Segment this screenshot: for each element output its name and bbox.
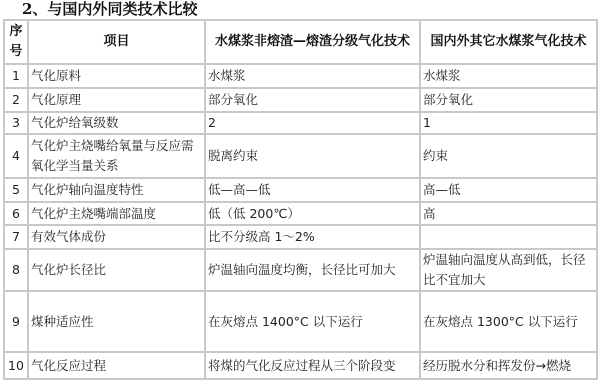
row-number: 5 [4,178,28,202]
row-col-b: 高 [420,202,597,225]
header-col-b: 国内外其它水煤浆气化技术 [420,20,597,64]
row-col-b: 约束 [420,134,597,178]
table-row: 4 气化炉主烧嘴给氧量与反应需氧化学当量关系 脱离约束 约束 [4,134,597,178]
row-number: 10 [4,352,28,379]
row-col-b [420,225,597,249]
header-item: 项目 [28,20,205,64]
table-row: 3 气化炉给氧级数 2 1 [4,112,597,134]
row-item: 气化炉主烧嘴端部温度 [28,202,205,225]
row-col-a: 低—高—低 [205,178,420,202]
table-row: 6 气化炉主烧嘴端部温度 低（低 200℃） 高 [4,202,597,225]
header-seq: 序号 [4,20,28,64]
row-number: 9 [4,291,28,352]
row-item: 有效气体成份 [28,225,205,249]
row-col-b: 水煤浆 [420,64,597,88]
row-col-a: 在灰熔点 1400°C 以下运行 [205,291,420,352]
row-col-b: 1 [420,112,597,134]
table-row: 7 有效气体成份 比不分级高 1～2% [4,225,597,249]
row-number: 4 [4,134,28,178]
row-col-a: 比不分级高 1～2% [205,225,420,249]
row-col-a: 脱离约束 [205,134,420,178]
row-item: 气化原料 [28,64,205,88]
row-col-b: 在灰熔点 1300°C 以下运行 [420,291,597,352]
row-item: 气化炉给氧级数 [28,112,205,134]
row-number: 6 [4,202,28,225]
section-title: 2、与国内外同类技术比较 [22,0,197,19]
row-col-b: 炉温轴向温度从高到低，长径比不宜加大 [420,249,597,291]
row-col-b: 高—低 [420,178,597,202]
table-header-row: 序号 项目 水煤浆非熔渣—熔渣分级气化技术 国内外其它水煤浆气化技术 [4,20,597,64]
table-row: 9 煤种适应性 在灰熔点 1400°C 以下运行 在灰熔点 1300°C 以下运… [4,291,597,352]
row-col-a: 2 [205,112,420,134]
row-col-a: 低（低 200℃） [205,202,420,225]
row-col-a: 水煤浆 [205,64,420,88]
row-item: 气化原理 [28,88,205,112]
row-col-b: 经历脱水分和挥发份→燃烧 [420,352,597,379]
row-number: 3 [4,112,28,134]
row-col-a: 将煤的气化反应过程从三个阶段变 [205,352,420,379]
table-row: 5 气化炉轴向温度特性 低—高—低 高—低 [4,178,597,202]
row-item: 气化炉主烧嘴给氧量与反应需氧化学当量关系 [28,134,205,178]
row-item: 气化反应过程 [28,352,205,379]
row-col-b: 部分氧化 [420,88,597,112]
table-row: 1 气化原料 水煤浆 水煤浆 [4,64,597,88]
row-number: 2 [4,88,28,112]
table-row: 2 气化原理 部分氧化 部分氧化 [4,88,597,112]
table-row: 10 气化反应过程 将煤的气化反应过程从三个阶段变 经历脱水分和挥发份→燃烧 [4,352,597,379]
comparison-table: 序号 项目 水煤浆非熔渣—熔渣分级气化技术 国内外其它水煤浆气化技术 1 气化原… [3,19,598,380]
row-col-a: 炉温轴向温度均衡，长径比可加大 [205,249,420,291]
row-item: 煤种适应性 [28,291,205,352]
row-item: 气化炉长径比 [28,249,205,291]
row-number: 7 [4,225,28,249]
row-item: 气化炉轴向温度特性 [28,178,205,202]
row-number: 1 [4,64,28,88]
header-col-a: 水煤浆非熔渣—熔渣分级气化技术 [205,20,420,64]
row-number: 8 [4,249,28,291]
row-col-a: 部分氧化 [205,88,420,112]
table-row: 8 气化炉长径比 炉温轴向温度均衡，长径比可加大 炉温轴向温度从高到低，长径比不… [4,249,597,291]
